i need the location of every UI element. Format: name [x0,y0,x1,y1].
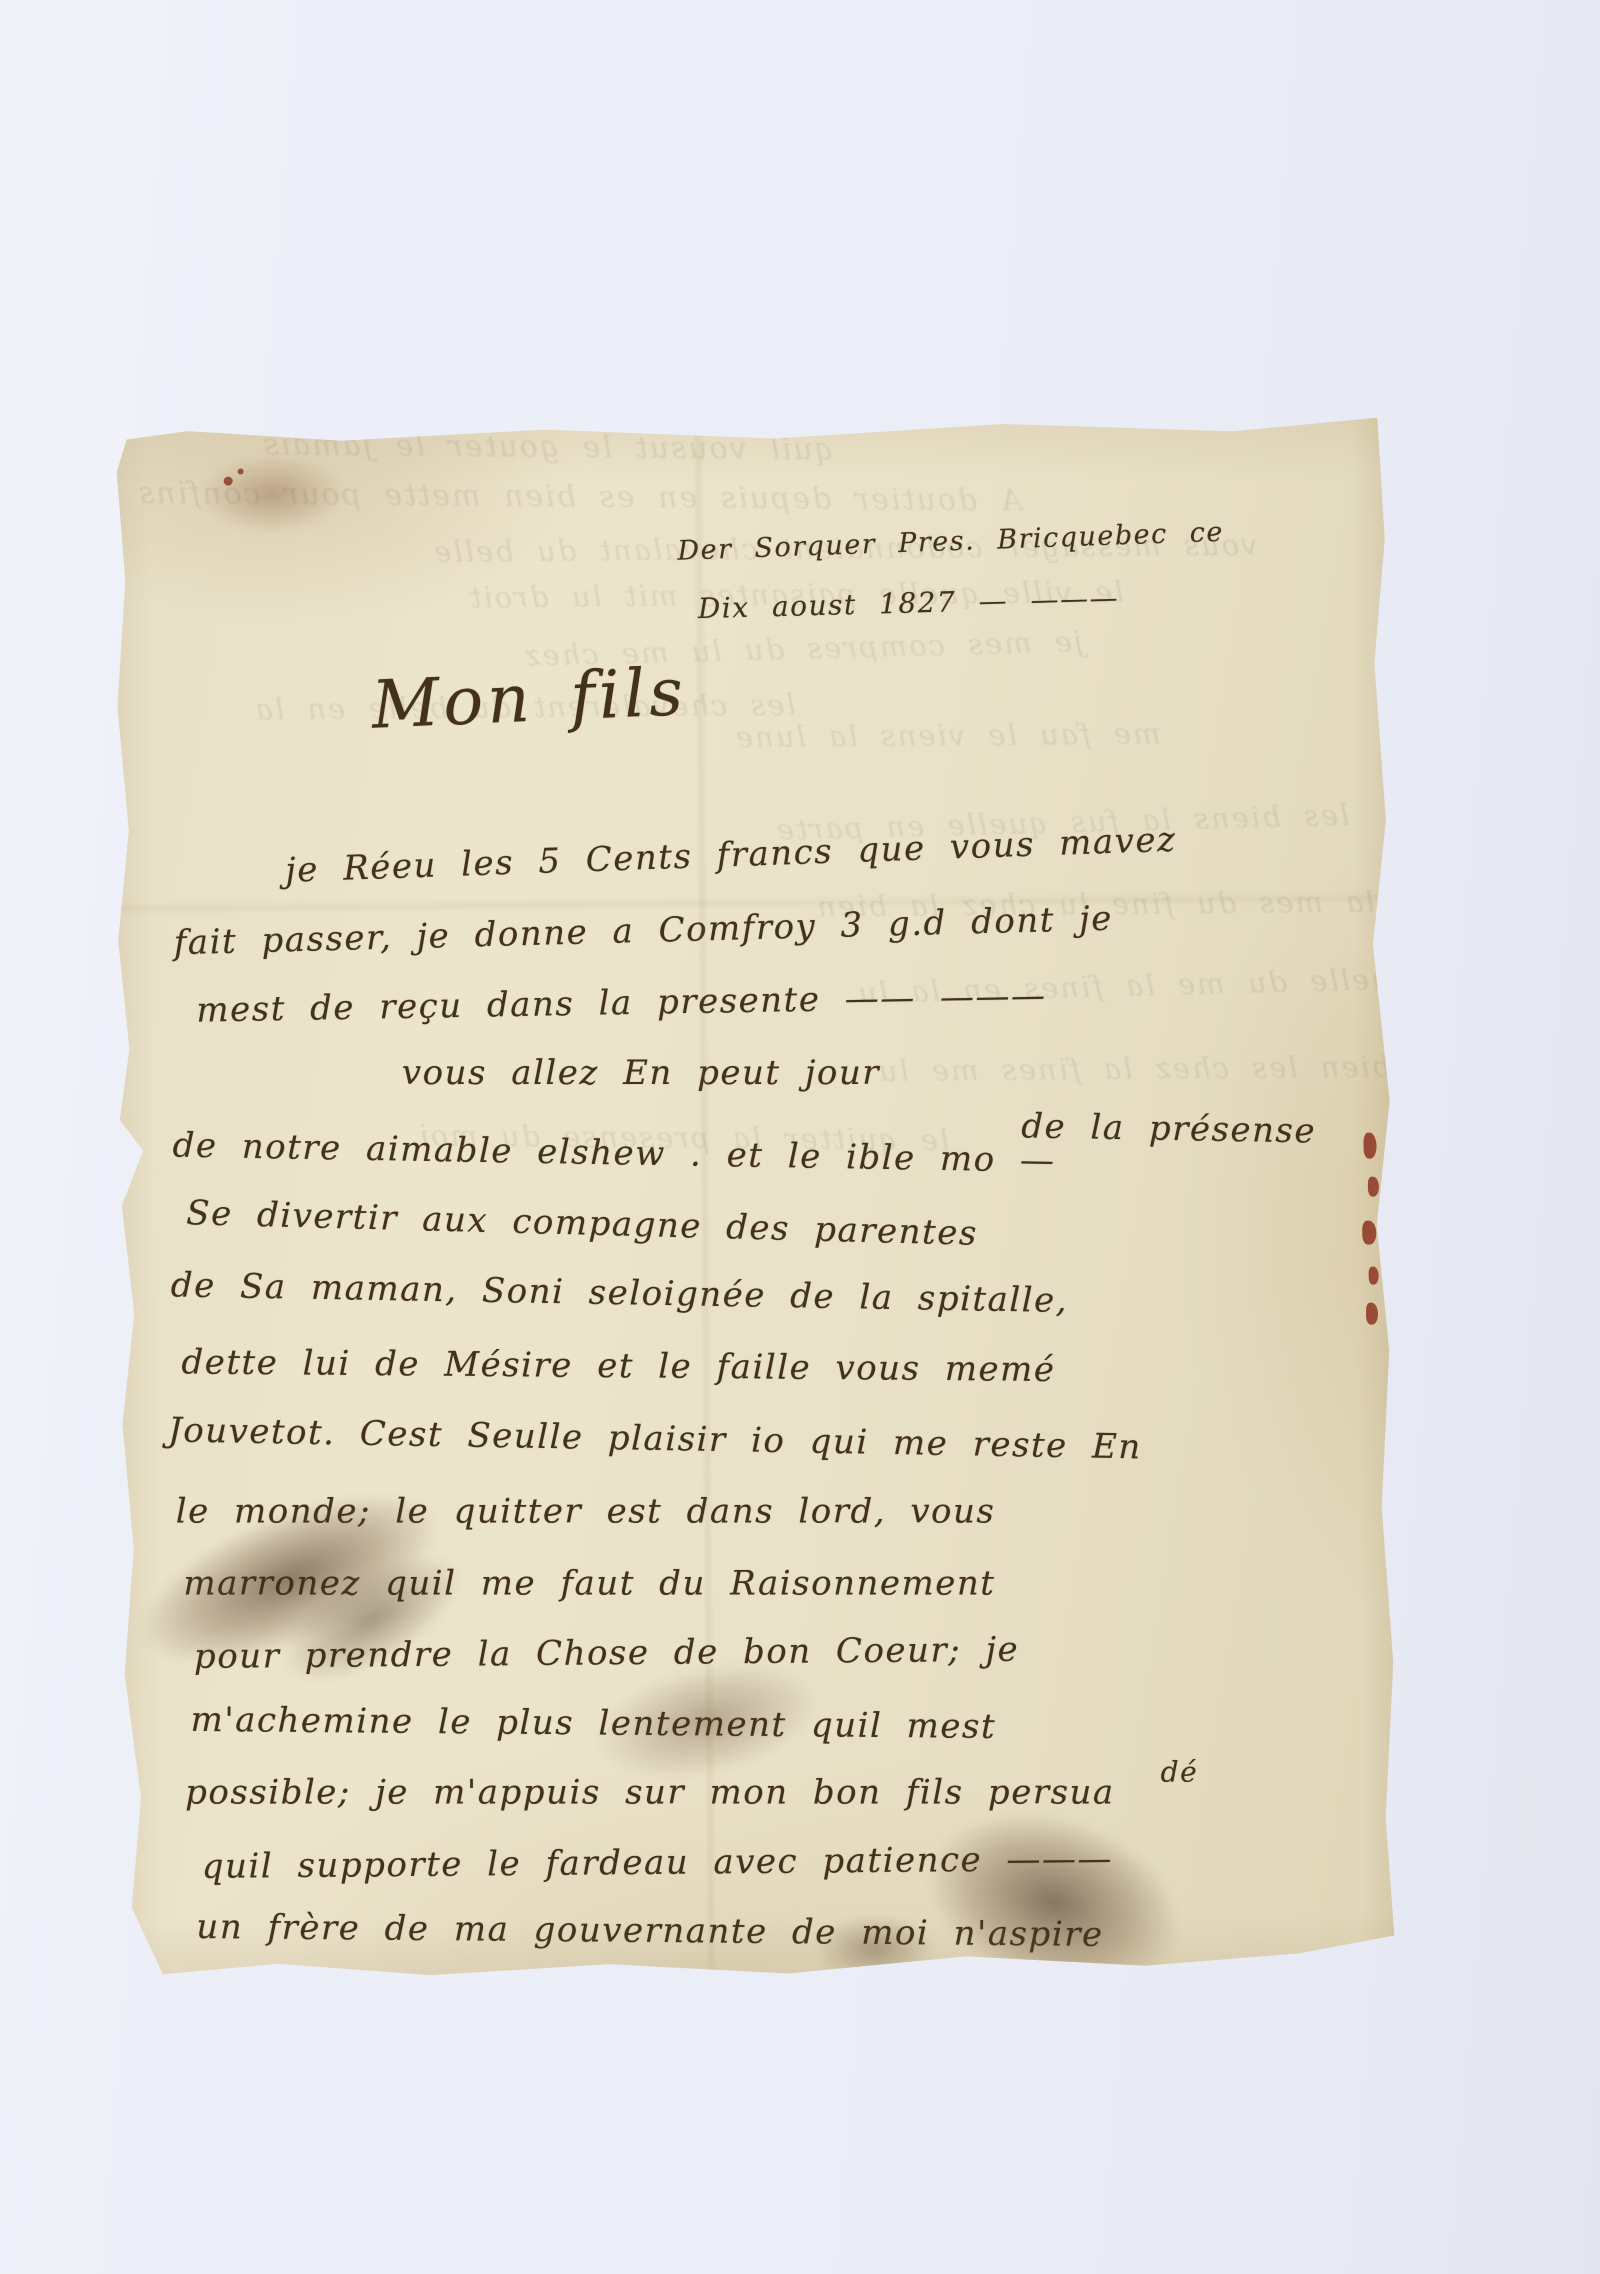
handwritten-line: Se divertir aux compagne des parentes [186,1193,979,1254]
red-speck [224,477,233,486]
handwritten-line: marronez quil me faut du Raisonnement [183,1563,995,1603]
handwritten-line: quil supporte le fardeau avec patience —… [202,1839,1114,1887]
handwritten-line: possible; je m'appuis sur mon bon fils p… [185,1773,1198,1813]
showthrough-layer: quil vousut le gouter le jamaisA doutier… [111,414,1386,425]
wax-seal-remnant [1369,1267,1379,1285]
showthrough-ghost-line: quil vousut le gouter le jamais [261,427,834,467]
letter-salutation: Mon fils [370,653,688,744]
letter-body: je Réeu les 5 Cents francs que vous mave… [111,414,1386,425]
showthrough-ghost-line: du bien les chez la fines me lu [877,1049,1453,1088]
photo-background: quil vousut le gouter le jamaisA doutier… [0,0,1600,2274]
handwritten-line: Jouvetot. Cest Seulle plaisir io qui me … [168,1410,1142,1467]
handwritten-line: de Sa maman, Soni seloignée de la spital… [171,1265,1069,1321]
handwritten-line: un frère de ma gouvernante de moi n'aspi… [196,1907,1104,1955]
handwritten-line: m'achemine le plus lentement quil mest [190,1700,996,1747]
ink-stain [263,1529,481,1708]
handwritten-line: pour prendre la Chose de bon Coeur; je [194,1630,1020,1677]
handwritten-line: vous allez En peut jour [402,1053,880,1093]
letter-paper: quil vousut le gouter le jamaisA doutier… [111,414,1400,1985]
ink-stain [905,1782,1204,2022]
showthrough-ghost-line: me fau le viens la lune [734,716,1161,754]
handwritten-line: je Réeu les 5 Cents francs que vous mave… [285,820,1177,891]
wax-seal-remnant [1368,1177,1379,1197]
handwritten-line: dette lui de Mésire et le faille vous me… [181,1342,1055,1390]
handwritten-line: mest de reçu dans la presente —— ——— [196,976,1047,1031]
raised-line-fragment: de la présense [1021,1106,1316,1151]
wax-seal-remnant [1366,1303,1378,1325]
wax-seal-remnant [1362,1221,1376,1245]
handwritten-line: fait passer, je donne a Comfroy 3 g.d do… [173,899,1113,964]
handwritten-line: le monde; le quitter est dans lord, vous [176,1491,996,1531]
red-speck [238,468,244,474]
raised-word: dé [1161,1756,1198,1789]
wax-seal-remnant [1363,1133,1376,1159]
showthrough-ghost-line: A doutier depuis en es bien mette pour c… [137,476,1023,519]
